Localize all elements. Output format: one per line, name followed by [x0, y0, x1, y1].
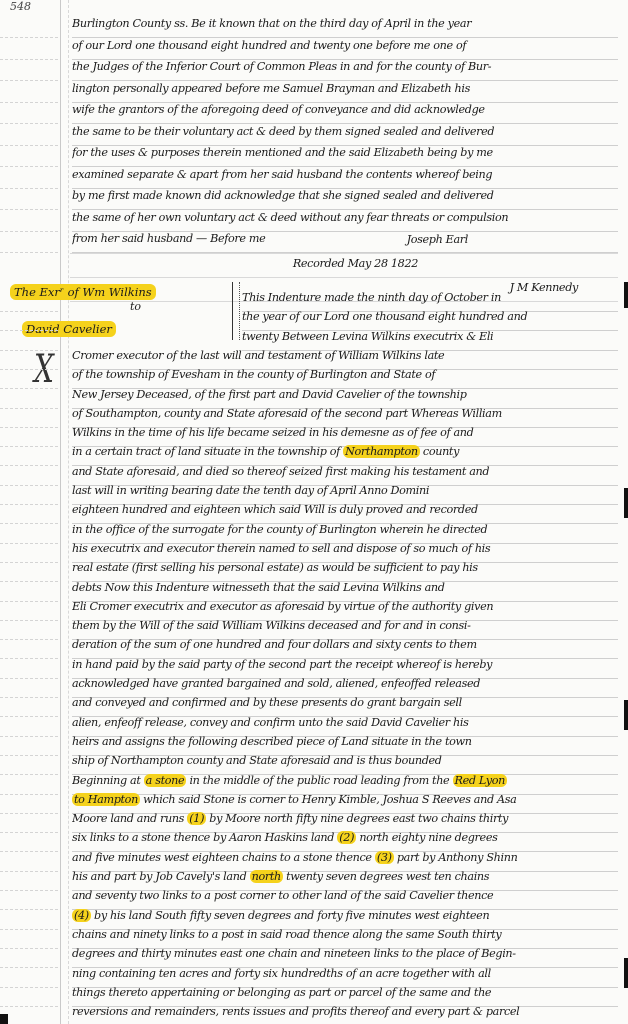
scan-edge-mark — [624, 488, 628, 518]
brace-mark — [232, 282, 240, 340]
grantor-highlight: The Exrʳ of Wm Wilkins — [10, 284, 156, 300]
scan-edge-mark — [624, 958, 628, 988]
margin-guide — [0, 330, 58, 331]
margin-guide — [0, 123, 58, 124]
margin-guide — [0, 59, 58, 60]
margin-note-to: to — [130, 300, 141, 313]
margin-guide — [0, 716, 58, 717]
margin-guide — [0, 639, 58, 640]
margin-guide — [0, 252, 58, 253]
margin-guide — [0, 543, 58, 544]
margin-guide — [0, 562, 58, 563]
highlighted-text: Northampton — [343, 445, 420, 458]
highlighted-text: (1) — [187, 812, 206, 825]
margin-guide — [0, 678, 58, 679]
scan-corner — [0, 1014, 8, 1024]
margin-note-grantee: David Cavelier — [22, 322, 116, 336]
margin-guide — [0, 755, 58, 756]
margin-note-grantor: The Exrʳ of Wm Wilkins — [10, 285, 156, 299]
margin-guide — [0, 102, 58, 103]
highlighted-text: to Hampton — [72, 793, 140, 806]
margin-guide — [0, 311, 58, 312]
margin-guide — [0, 446, 58, 447]
scan-edge-mark — [624, 282, 628, 308]
margin-guide — [0, 465, 58, 466]
handwritten-line: reversions and remainders, rents issues … — [72, 1001, 618, 1024]
margin-guide — [0, 37, 58, 38]
margin-guide — [0, 774, 58, 775]
deed-register-page: 548 Burlington County ss. Be it known th… — [0, 0, 628, 1024]
margin-guide — [0, 408, 58, 409]
highlighted-text: a stone — [144, 774, 187, 787]
margin-guide — [0, 697, 58, 698]
margin-guide — [0, 967, 58, 968]
page-number: 548 — [10, 0, 31, 13]
judge-signature: Joseph Earl — [70, 229, 618, 254]
margin-guide — [0, 909, 58, 910]
scan-edge-mark — [624, 700, 628, 730]
highlighted-text: north — [250, 870, 283, 883]
margin-guide — [0, 388, 58, 389]
margin-guide — [0, 794, 58, 795]
margin-guide — [0, 1006, 58, 1007]
margin-guide — [0, 523, 58, 524]
margin-guide — [0, 601, 58, 602]
highlighted-text: Red Lyon — [453, 774, 507, 787]
margin-guide — [0, 350, 58, 351]
margin-guide — [0, 145, 58, 146]
margin-guide — [0, 987, 58, 988]
margin-guide — [0, 736, 58, 737]
highlighted-text: (4) — [72, 909, 91, 922]
margin-guide — [0, 851, 58, 852]
margin-guide — [0, 485, 58, 486]
grantee-highlight: David Cavelier — [22, 321, 116, 337]
margin-guide — [0, 504, 58, 505]
margin-guide — [0, 581, 58, 582]
margin-guide — [0, 871, 58, 872]
margin-guide — [0, 890, 58, 891]
margin-guide — [0, 427, 58, 428]
margin-guide — [0, 929, 58, 930]
margin-guide — [0, 188, 58, 189]
margin-guide — [0, 209, 58, 210]
margin-guide — [0, 231, 58, 232]
recorded-date: Recorded May 28 1822 — [70, 253, 618, 278]
margin-guide — [0, 948, 58, 949]
margin-guide — [0, 80, 58, 81]
margin-guide — [0, 813, 58, 814]
margin-guide — [0, 658, 58, 659]
margin-guide — [0, 369, 58, 370]
margin-guide — [0, 620, 58, 621]
margin-guide — [0, 832, 58, 833]
highlighted-text: (2) — [337, 831, 356, 844]
highlighted-text: (3) — [375, 851, 394, 864]
margin-rule — [60, 0, 61, 1024]
margin-guide — [0, 166, 58, 167]
margin-rule-dashed — [68, 0, 69, 1024]
